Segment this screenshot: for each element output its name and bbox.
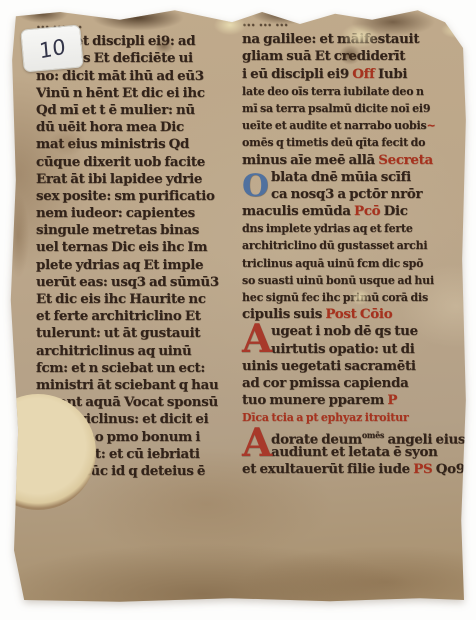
- text-line: audiunt et letata ē syon: [242, 444, 466, 461]
- rubric-text: Secreta: [378, 152, 433, 168]
- text-line: uirtutis opatio: ut di: [242, 341, 466, 358]
- body-text: mī sa terra psalmū dicite noī ei9: [242, 102, 430, 115]
- text-line: Qd mī et t ē mulier: nū: [36, 102, 238, 119]
- illuminated-initial-A: A: [242, 426, 272, 460]
- body-text: fcm: et n sciebat un ect:: [36, 360, 205, 376]
- rubric-text: P: [387, 392, 397, 408]
- text-line: uel ternas Dic eis ihc Im: [36, 239, 238, 256]
- body-text: Qo9: [432, 461, 464, 477]
- illuminated-initial-A: A: [242, 322, 272, 356]
- body-text: dns implete ydrias aq et ferte: [242, 222, 413, 235]
- text-line: cūque dixerit uob facite: [36, 154, 238, 171]
- text-line: gliam suā Et crediderīt: [242, 48, 466, 65]
- body-text: na galilee: et māifestauit: [242, 31, 419, 47]
- text-line: sex posite: sm purificatio: [36, 188, 238, 205]
- rubric-text: Pcō: [354, 203, 380, 219]
- parchment-leaf: … … …ēt ilē et discipli ei9: adnuptias E…: [8, 6, 470, 606]
- body-text: sex posite: sm purificatio: [36, 188, 215, 204]
- text-line: dns implete ydrias aq et ferte: [242, 220, 466, 237]
- body-text: uirtutis opatio: ut di: [271, 341, 414, 357]
- right-column: … … …na galilee: et māifestauitgliam suā…: [242, 14, 466, 478]
- text-line: dū uēit hora mea Dic: [36, 119, 238, 136]
- text-line: ueīte et audite et narrabo uobis~: [242, 117, 466, 134]
- text-line: Vinū n hēnt Et dic ei ihc: [36, 85, 238, 102]
- body-text: gliam suā Et crediderīt: [242, 48, 405, 64]
- body-text: omēs: [362, 430, 384, 440]
- text-line: Augeat i nob dē qs tue: [242, 323, 466, 340]
- text-line: uerūt eas: usq3 ad sūmū3: [36, 274, 238, 291]
- body-text: Et dic eis ihc Haurite nc: [36, 291, 206, 307]
- body-text: triclinus aquā uinū fcm dic spō: [242, 257, 423, 270]
- body-text: tulerunt: ut āt gustauit: [36, 325, 200, 341]
- text-line: et ferte architriclino Et: [36, 308, 238, 325]
- text-line: … … …: [242, 14, 466, 31]
- body-text: uerūt eas: usq3 ad sūmū3: [36, 274, 219, 290]
- body-text: Dic: [380, 203, 407, 219]
- body-text: maculis emūda: [242, 203, 354, 219]
- text-line: ministri āt sciebant q hau: [36, 377, 238, 394]
- body-text: Iubi: [375, 66, 408, 82]
- body-text: omēs q timetis deū qīta fecit do: [242, 136, 425, 149]
- rubric-text: Off: [352, 66, 374, 82]
- rubric-text: Post Cōio: [325, 306, 392, 322]
- body-text: hec signū fec ihc primū corā dis: [242, 291, 428, 304]
- text-line: tulerunt: ut āt gustauit: [36, 325, 238, 342]
- body-text: Vinū n hēnt Et dic ei ihc: [36, 85, 205, 101]
- text-line: mat eius ministris Qd: [36, 136, 238, 153]
- text-line: Dīca tcia a pt ephyaz itroitur: [242, 409, 466, 426]
- body-text: plete ydrias aq Et imple: [36, 257, 203, 273]
- text-line: minus aīe meē allā Secreta: [242, 152, 466, 169]
- text-line: tuo munere pparem P: [242, 392, 466, 409]
- text-line: i eū discipli ei9 Off Iubi: [242, 66, 466, 83]
- body-text: late deo oīs terra iubilate deo n: [242, 85, 424, 98]
- body-text: cūque dixerit uob facite: [36, 154, 205, 170]
- parchment-shadow: … … …ēt ilē et discipli ei9: adnuptias E…: [0, 0, 476, 620]
- text-line: na galilee: et māifestauit: [242, 31, 466, 48]
- body-text: i eū discipli ei9: [242, 66, 352, 82]
- body-text: Erat āt ibi lapidee ydrie: [36, 171, 202, 187]
- text-line: singule metretas binas: [36, 222, 238, 239]
- text-line: et exultauerūt filie iude PS Qo9: [242, 461, 466, 478]
- text-line: Et dic eis ihc Haurite nc: [36, 291, 238, 308]
- text-line: hec signū fec ihc primū corā dis: [242, 289, 466, 306]
- text-line: nem iudeor: capientes: [36, 205, 238, 222]
- text-line: Oblata dnē mūia scīfi: [242, 169, 466, 186]
- text-line: maculis emūda Pcō Dic: [242, 203, 466, 220]
- text-line: triclinus aquā uinū fcm dic spō: [242, 255, 466, 272]
- text-line: ad cor pmissa capienda: [242, 375, 466, 392]
- body-text: ugeat i nob dē qs tue: [271, 323, 418, 339]
- body-text: blata dnē mūia scīfi: [271, 169, 411, 185]
- body-text: uel ternas Dic eis ihc Im: [36, 239, 207, 255]
- body-text: singule metretas binas: [36, 222, 199, 238]
- text-line: ca nosq3 a pctōr nrōr: [242, 186, 466, 203]
- body-text: ueīte et audite et narrabo uobis: [242, 119, 427, 132]
- text-line: late deo oīs terra iubilate deo n: [242, 83, 466, 100]
- body-text: Qd mī et t ē mulier: nū: [36, 102, 195, 118]
- body-text: architriclino dū gustasset archi: [242, 239, 427, 252]
- body-text: ministri āt sciebant q hau: [36, 377, 218, 393]
- manuscript-photo: … … …ēt ilē et discipli ei9: adnuptias E…: [0, 0, 476, 620]
- text-line: fcm: et n sciebat un ect:: [36, 360, 238, 377]
- body-text: ca nosq3 a pctōr nrōr: [271, 186, 422, 202]
- body-text: nem iudeor: capientes: [36, 205, 195, 221]
- rubric-text: PS: [413, 461, 432, 477]
- text-line: architriclinus aq uinū: [36, 343, 238, 360]
- text-line: Adorate deumomēs angeli eius: [242, 427, 466, 444]
- illuminated-initial-O: O: [242, 171, 269, 201]
- body-text: et ferte architriclino Et: [36, 308, 201, 324]
- text-line: plete ydrias aq Et imple: [36, 257, 238, 274]
- text-line: mī sa terra psalmū dicite noī ei9: [242, 100, 466, 117]
- body-text: ad cor pmissa capienda: [242, 375, 409, 391]
- body-text: tuo munere pparem: [242, 392, 387, 408]
- text-line: omēs q timetis deū qīta fecit do: [242, 134, 466, 151]
- body-text: so suasti uinū bonū usque ad hui: [242, 274, 434, 287]
- body-text: audiunt et letata ē syon: [271, 444, 438, 460]
- text-line: Erat āt ibi lapidee ydrie: [36, 171, 238, 188]
- text-line: no: dicit māt ihū ad eū3: [36, 68, 238, 85]
- body-text: minus aīe meē allā: [242, 152, 378, 168]
- text-line: architriclino dū gustasset archi: [242, 237, 466, 254]
- rubric-text: ~: [427, 119, 436, 132]
- inventory-number: 10: [38, 34, 66, 63]
- body-text: … … …: [242, 14, 288, 30]
- body-text: no: dicit māt ihū ad eū3: [36, 68, 204, 84]
- text-line: uinis uegetati sacramēti: [242, 358, 466, 375]
- inventory-label: 10: [20, 24, 84, 72]
- body-text: dū uēit hora mea Dic: [36, 119, 184, 135]
- body-text: architriclinus aq uinū: [36, 343, 191, 359]
- text-line: so suasti uinū bonū usque ad hui: [242, 272, 466, 289]
- text-line: cipulis suis Post Cōio: [242, 306, 466, 323]
- body-text: mat eius ministris Qd: [36, 136, 189, 152]
